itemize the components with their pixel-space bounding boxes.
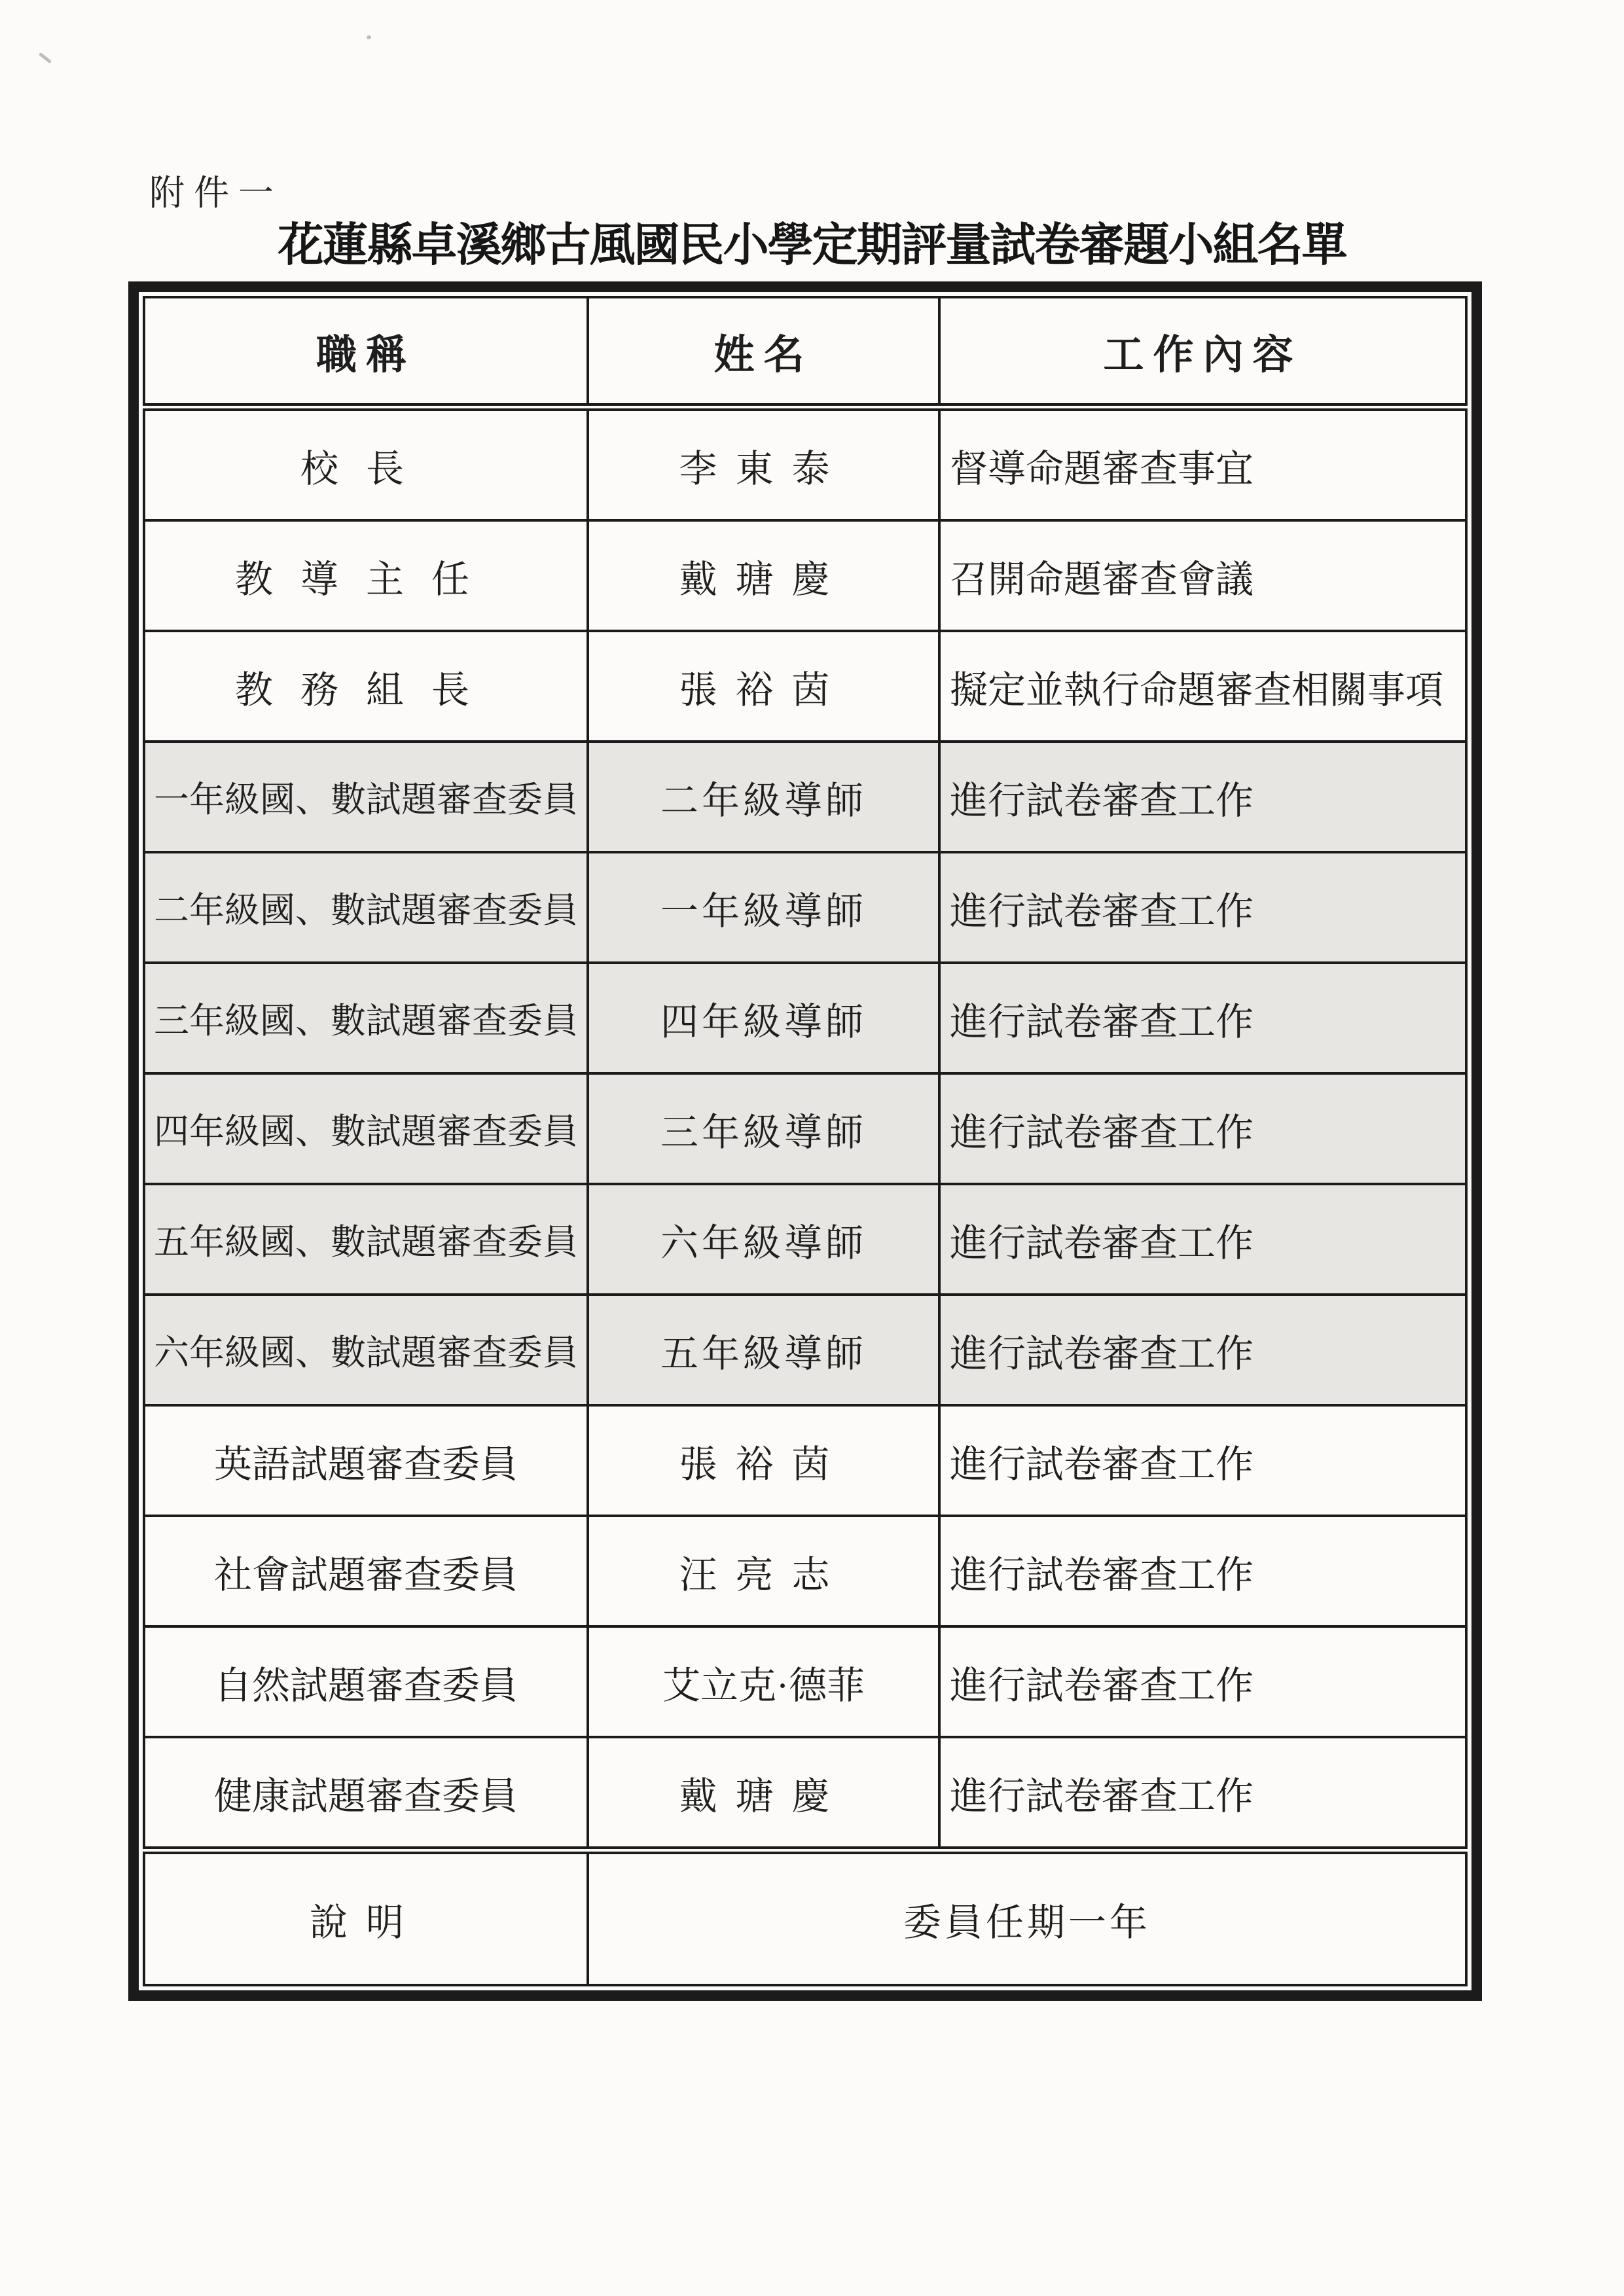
role-cell: 教務組長 [144,631,588,742]
duty-cell: 進行試卷審查工作 [939,1626,1466,1737]
header-cell-duty: 工作內容 [939,297,1466,407]
name-cell: 六年級導師 [588,1184,939,1295]
role-cell: 健康試題審查委員 [144,1737,588,1850]
role-cell: 一年級國、數試題審查委員 [144,742,588,852]
role-cell: 五年級國、數試題審查委員 [144,1184,588,1295]
duty-cell: 進行試卷審查工作 [939,1073,1466,1184]
footer-label-cell: 說明 [144,1850,588,1985]
table-row: 英語試題審查委員 張裕茵 進行試卷審查工作 [144,1405,1466,1516]
header-row: 職稱 姓名 工作內容 [144,297,1466,407]
table-body: 校長 李東泰 督導命題審查事宜 教導主任 戴瑭慶 召開命題審查會議 教務組長 張… [144,407,1466,1850]
name-cell: 四年級導師 [588,963,939,1073]
table-row: 教務組長 張裕茵 擬定並執行命題審查相關事項 [144,631,1466,742]
role-cell: 二年級國、數試題審查委員 [144,852,588,963]
committee-table-frame: 職稱 姓名 工作內容 校長 李東泰 督導命題審查事宜 教導主任 戴瑭慶 召開命題… [128,281,1482,2001]
table-row: 五年級國、數試題審查委員 六年級導師 進行試卷審查工作 [144,1184,1466,1295]
document-title: 花蓮縣卓溪鄉古風國民小學定期評量試卷審題小組名單 [0,208,1624,274]
duty-cell: 督導命題審查事宜 [939,407,1466,520]
role-cell: 自然試題審查委員 [144,1626,588,1737]
name-cell: 五年級導師 [588,1295,939,1405]
role-cell: 教導主任 [144,520,588,631]
role-cell: 社會試題審查委員 [144,1516,588,1626]
role-cell: 三年級國、數試題審查委員 [144,963,588,1073]
table-row: 自然試題審查委員 艾立克·德菲 進行試卷審查工作 [144,1626,1466,1737]
table-row: 六年級國、數試題審查委員 五年級導師 進行試卷審查工作 [144,1295,1466,1405]
footer-row: 說明 委員任期一年 [144,1850,1466,1985]
name-cell: 一年級導師 [588,852,939,963]
name-cell: 戴瑭慶 [588,520,939,631]
name-cell: 張裕茵 [588,631,939,742]
duty-cell: 進行試卷審查工作 [939,1184,1466,1295]
table-row: 二年級國、數試題審查委員 一年級導師 進行試卷審查工作 [144,852,1466,963]
table-footer: 說明 委員任期一年 [144,1850,1466,1985]
table-row: 健康試題審查委員 戴瑭慶 進行試卷審查工作 [144,1737,1466,1850]
scan-artifact [367,35,371,39]
duty-cell: 進行試卷審查工作 [939,1516,1466,1626]
table-row: 社會試題審查委員 汪亮志 進行試卷審查工作 [144,1516,1466,1626]
duty-cell: 進行試卷審查工作 [939,1295,1466,1405]
role-cell: 英語試題審查委員 [144,1405,588,1516]
role-cell: 校長 [144,407,588,520]
name-cell: 汪亮志 [588,1516,939,1626]
header-cell-role: 職稱 [144,297,588,407]
duty-cell: 擬定並執行命題審查相關事項 [939,631,1466,742]
role-cell: 六年級國、數試題審查委員 [144,1295,588,1405]
duty-cell: 進行試卷審查工作 [939,1737,1466,1850]
duty-cell: 進行試卷審查工作 [939,742,1466,852]
name-cell: 張裕茵 [588,1405,939,1516]
name-cell: 李東泰 [588,407,939,520]
footer-note-cell: 委員任期一年 [588,1850,1466,1985]
role-cell: 四年級國、數試題審查委員 [144,1073,588,1184]
table-row: 三年級國、數試題審查委員 四年級導師 進行試卷審查工作 [144,963,1466,1073]
scan-artifact [39,52,52,63]
table-row: 四年級國、數試題審查委員 三年級導師 進行試卷審查工作 [144,1073,1466,1184]
table-row: 校長 李東泰 督導命題審查事宜 [144,407,1466,520]
scanned-document-page: 附件一 花蓮縣卓溪鄉古風國民小學定期評量試卷審題小組名單 職稱 姓名 工作內容 … [0,0,1624,2296]
table-header: 職稱 姓名 工作內容 [144,297,1466,407]
duty-cell: 進行試卷審查工作 [939,1405,1466,1516]
duty-cell: 召開命題審查會議 [939,520,1466,631]
name-cell: 艾立克·德菲 [588,1626,939,1737]
name-cell: 二年級導師 [588,742,939,852]
name-cell: 三年級導師 [588,1073,939,1184]
table-row: 一年級國、數試題審查委員 二年級導師 進行試卷審查工作 [144,742,1466,852]
table-row: 教導主任 戴瑭慶 召開命題審查會議 [144,520,1466,631]
header-cell-name: 姓名 [588,297,939,407]
committee-table: 職稱 姓名 工作內容 校長 李東泰 督導命題審查事宜 教導主任 戴瑭慶 召開命題… [143,296,1468,1986]
duty-cell: 進行試卷審查工作 [939,852,1466,963]
name-cell: 戴瑭慶 [588,1737,939,1850]
duty-cell: 進行試卷審查工作 [939,963,1466,1073]
